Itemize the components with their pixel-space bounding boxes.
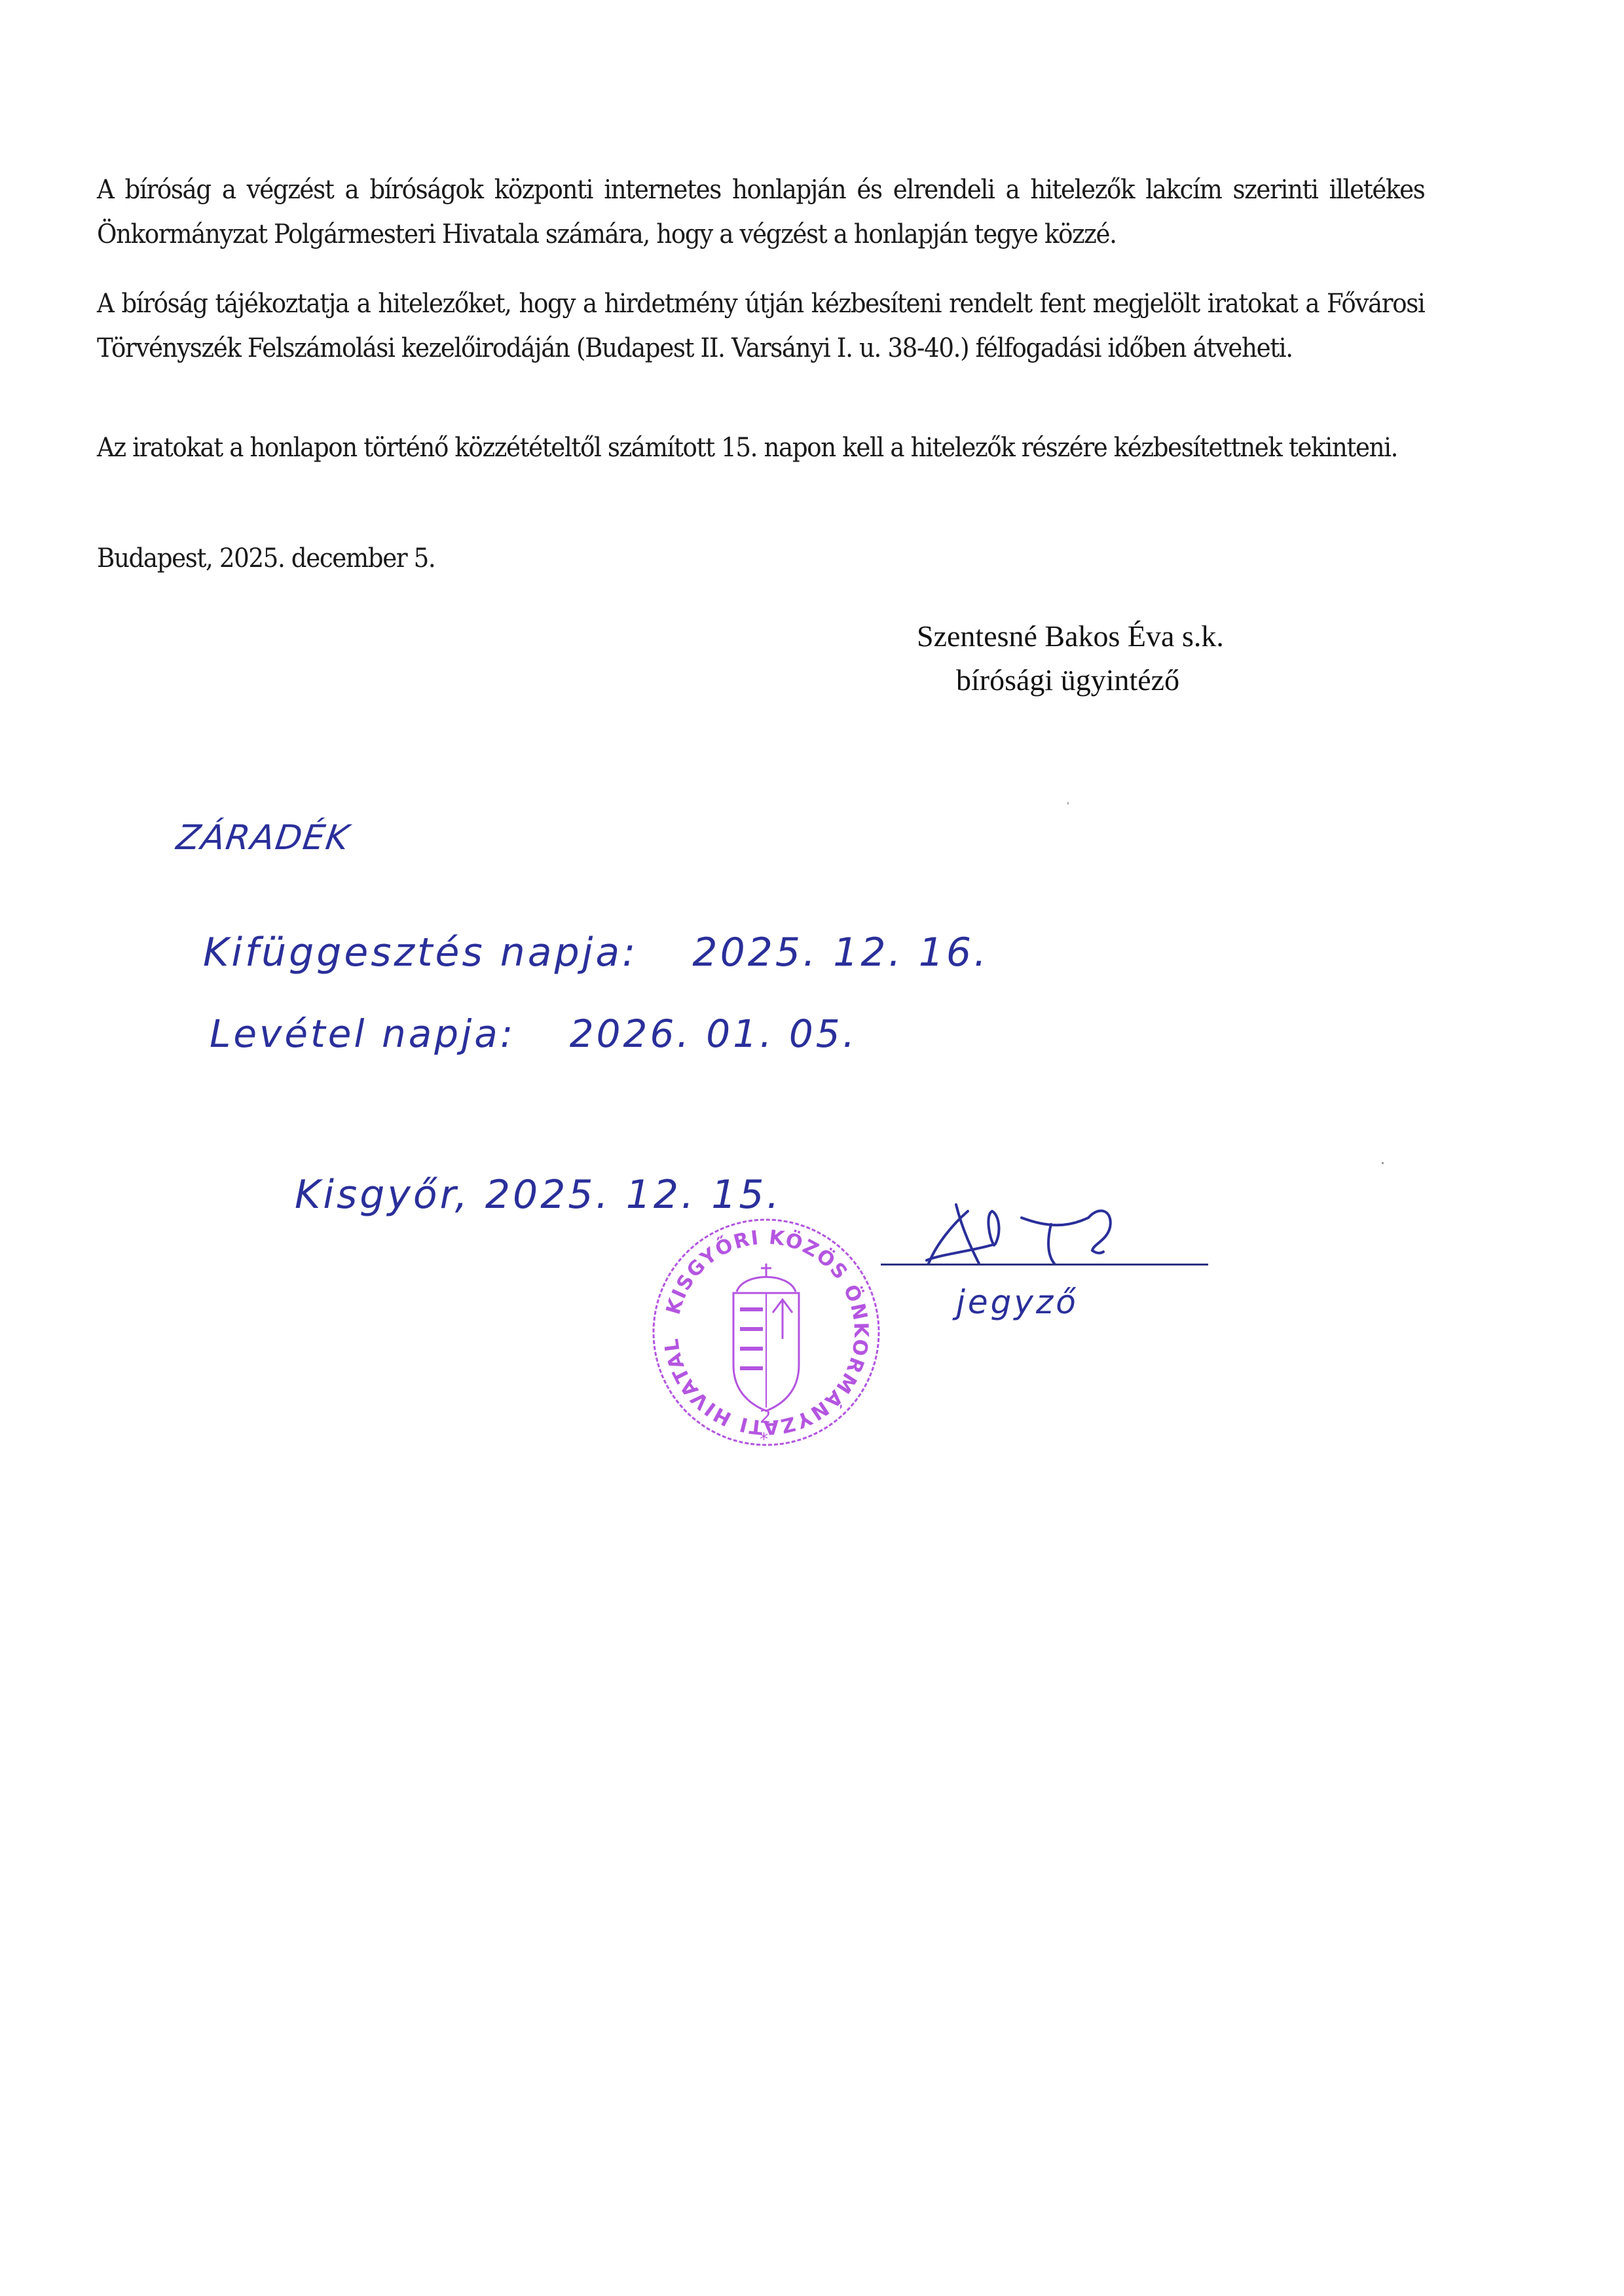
signer-name: Szentesné Bakos Éva s.k. <box>917 619 1224 653</box>
stamp-number: 2. <box>760 1406 777 1427</box>
handwritten-removal-row: Levétel napja: 2026. 01. 05. <box>210 1011 857 1056</box>
signature-title: jegyző <box>956 1283 1079 1321</box>
paragraph-publication-order: A bíróság a végzést a bíróságok központi… <box>97 168 1424 257</box>
removal-date: 2026. 01. 05. <box>570 1011 857 1056</box>
stamp-star: * <box>760 1430 768 1449</box>
scan-speck <box>1067 802 1069 805</box>
posting-date: 2025. 12. 16. <box>692 930 989 975</box>
posting-label: Kifüggesztés napja: <box>203 930 638 975</box>
removal-label: Levétel napja: <box>210 1011 515 1056</box>
official-stamp: KISGYŐRI KÖZÖS ÖNKORMÁNYZATI HIVATAL 2. … <box>648 1214 884 1450</box>
signer-title: bírósági ügyintéző <box>956 663 1179 697</box>
handwritten-posting-row: Kifüggesztés napja: 2025. 12. 16. <box>203 930 989 975</box>
hungarian-coat-of-arms-icon <box>733 1264 799 1411</box>
paragraph-delivery-deadline: Az iratokat a honlapon történő közzététe… <box>97 426 1424 470</box>
scan-speck <box>1382 1162 1384 1164</box>
paragraph-collection-notice: A bíróság tájékoztatja a hitelezőket, ho… <box>97 282 1424 371</box>
signature-scribble-icon <box>917 1198 1192 1270</box>
handwritten-place-date: Kisgyőr, 2025. 12. 15. <box>295 1172 782 1218</box>
document-page: A bíróság a végzést a bíróságok központi… <box>0 0 1624 2296</box>
handwritten-clause-heading: ZÁRADÉK <box>174 818 352 858</box>
signature-line <box>881 1264 1208 1266</box>
place-and-date: Budapest, 2025. december 5. <box>97 543 435 574</box>
